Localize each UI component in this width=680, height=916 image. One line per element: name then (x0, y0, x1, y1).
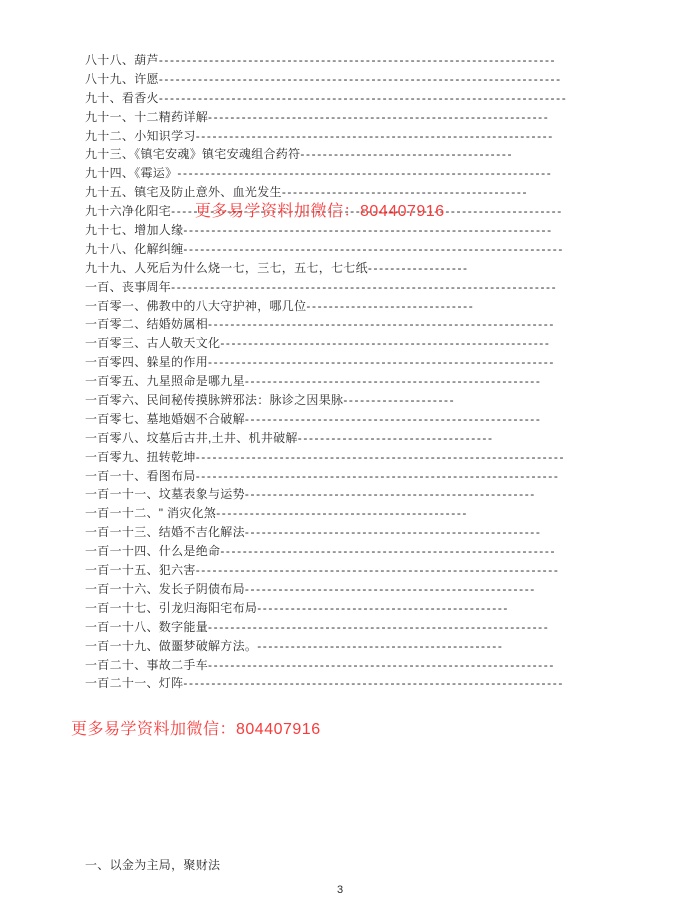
toc-item-title: 一百、丧事周年 (85, 280, 171, 294)
toc-item-title: 一百零三、古人敬天文化 (85, 336, 220, 350)
toc-item-title: 一百零一、佛教中的八大守护神，哪几位 (85, 299, 306, 313)
toc-item: 一百一十二、" 消灾化煞----------------------------… (85, 504, 590, 523)
toc-item-leader-dashes: ----------------------------------- (298, 431, 494, 445)
toc-item-title: 一百一十八、数字能量 (85, 620, 208, 634)
toc-item-title: 一百一十三、结婚不吉化解法 (85, 525, 245, 539)
toc-item-title: 一百一十四、什么是绝命 (85, 544, 220, 558)
toc-item-title: 九十四、《霉运》 (85, 166, 177, 180)
toc-item-leader-dashes: ----------------------------------------… (159, 53, 556, 67)
toc-item-leader-dashes: ----------------------------------------… (208, 317, 555, 331)
document-page: 八十八、葫芦----------------------------------… (0, 0, 680, 916)
toc-item-leader-dashes: ----------------------------------------… (282, 185, 528, 199)
toc-item: 一百零三、古人敬天文化-----------------------------… (85, 334, 590, 353)
toc-item-title: 一百零八、坟墓后古井,土井、机井破解 (85, 431, 298, 445)
toc-item-leader-dashes: ----------------------------------------… (208, 620, 549, 634)
toc-item-leader-dashes: ----------------------------------------… (183, 676, 564, 690)
toc-item-leader-dashes: ----------------------------------------… (208, 110, 549, 124)
page-number: 3 (0, 884, 680, 896)
toc-item-title: 一百零七、墓地婚姻不合破解 (85, 412, 245, 426)
toc-item-title: 九十二、小知识学习 (85, 129, 196, 143)
toc-item-leader-dashes: ----------------------------------------… (196, 129, 554, 143)
toc-item: 九十五、镇宅及防止意外、血光发生------------------------… (85, 183, 590, 202)
toc-item-leader-dashes: -------------------------------------- (300, 147, 513, 161)
promo-wechat-line: 更多易学资料加微信：804407916 (71, 720, 321, 740)
toc-item-leader-dashes: ----------------------------------------… (183, 223, 552, 237)
toc-item-leader-dashes: ----------------------------------------… (245, 374, 542, 388)
toc-item-title: 一百零六、民间秘传摸脉辨邪法：脉诊之因果脉 (85, 393, 343, 407)
toc-item-title: 一百一十六、发长子阴债布局 (85, 582, 245, 596)
toc-item-leader-dashes: ------------------ (368, 261, 469, 275)
toc-item-leader-dashes: ----------------------------------------… (257, 639, 503, 653)
toc-item-leader-dashes: ----------------------------------------… (245, 582, 536, 596)
toc-item: 九十、看香火----------------------------------… (85, 89, 590, 108)
toc-item-leader-dashes: ----------------------------------------… (245, 487, 536, 501)
toc-item: 一百二十、事故二手车------------------------------… (85, 656, 590, 675)
toc-item-title: 一百零四、躲星的作用 (85, 355, 208, 369)
toc-item-title: 一百一十二、" 消灾化煞 (85, 506, 216, 520)
toc-item: 八十八、葫芦----------------------------------… (85, 51, 590, 70)
toc-item: 一百零七、墓地婚姻不合破解---------------------------… (85, 410, 590, 429)
toc-item: 一百一十三、结婚不吉化解法---------------------------… (85, 523, 590, 542)
toc-item-leader-dashes: ----------------------------------------… (196, 563, 560, 577)
toc-item: 一百零一、佛教中的八大守护神，哪几位----------------------… (85, 297, 590, 316)
toc-item-title: 九十九、人死后为什么烧一七，三七，五七，七七纸 (85, 261, 368, 275)
table-of-contents: 八十八、葫芦----------------------------------… (85, 51, 590, 693)
toc-item: 九十八、化解纠缠--------------------------------… (85, 240, 590, 259)
toc-item-leader-dashes: ----------------------------------------… (257, 601, 509, 615)
toc-item-leader-dashes: ----------------------------------------… (171, 280, 557, 294)
toc-item: 一百二十一、灯阵--------------------------------… (85, 674, 590, 693)
toc-item-title: 一百一十七、引龙归海阳宅布局 (85, 601, 257, 615)
toc-item: 一百零六、民间秘传摸脉辨邪法：脉诊之因果脉-------------------… (85, 391, 590, 410)
toc-item: 九十二、小知识学习-------------------------------… (85, 127, 590, 146)
toc-item-title: 一百零九、扭转乾坤 (85, 450, 196, 464)
toc-item: 一百一十八、数字能量------------------------------… (85, 618, 590, 637)
toc-item-leader-dashes: ----------------------------------------… (220, 336, 550, 350)
toc-item-leader-dashes: ----------------------------------------… (177, 166, 552, 180)
toc-item-title: 一百零二、结婚妨属相 (85, 317, 208, 331)
toc-item-title: 八十九、许愿 (85, 72, 159, 86)
toc-item-leader-dashes: ----------------------------------------… (245, 525, 542, 539)
toc-item-title: 八十八、葫芦 (85, 53, 159, 67)
toc-item: 九十四、《霉运》--------------------------------… (85, 164, 590, 183)
toc-item: 九十九、人死后为什么烧一七，三七，五七，七七纸-----------------… (85, 259, 590, 278)
toc-item: 一百一十九、做噩梦破解方法。--------------------------… (85, 637, 590, 656)
toc-item-title: 一百一十九、做噩梦破解方法。 (85, 639, 257, 653)
toc-item: 一百一十、看图布局-------------------------------… (85, 467, 590, 486)
toc-item: 一百一十六、发长子阴债布局---------------------------… (85, 580, 590, 599)
toc-item: 九十三、《镇宅安魂》镇宅安魂组合药符----------------------… (85, 145, 590, 164)
toc-item-title: 九十八、化解纠缠 (85, 242, 183, 256)
toc-item-leader-dashes: ----------------------------------------… (159, 72, 562, 86)
toc-item: 一百一十七、引龙归海阳宅布局--------------------------… (85, 599, 590, 618)
toc-item-leader-dashes: ----------------------------------------… (220, 544, 556, 558)
toc-item-title: 一百一十、看图布局 (85, 469, 196, 483)
toc-item-leader-dashes: ----------------------------------------… (216, 506, 468, 520)
toc-item: 一百一十五、犯六害-------------------------------… (85, 561, 590, 580)
toc-item: 一百零四、躲星的作用------------------------------… (85, 353, 590, 372)
promo-watermark-inline: 更多易学资料加微信：804407916 (195, 202, 445, 221)
toc-item: 一百零八、坟墓后古井,土井、机井破解----------------------… (85, 429, 590, 448)
toc-item-title: 九十七、增加人缘 (85, 223, 183, 237)
toc-item: 九十一、十二精药详解------------------------------… (85, 108, 590, 127)
toc-item-title: 九十三、《镇宅安魂》镇宅安魂组合药符 (85, 147, 300, 161)
toc-item-leader-dashes: ----------------------------------------… (245, 412, 542, 426)
toc-item: 一百一十一、坟墓表象与运势---------------------------… (85, 485, 590, 504)
toc-item-title: 九十一、十二精药详解 (85, 110, 208, 124)
toc-item-leader-dashes: ----------------------------------------… (208, 658, 555, 672)
toc-item-title: 一百一十五、犯六害 (85, 563, 196, 577)
toc-item: 九十七、增加人缘--------------------------------… (85, 221, 590, 240)
toc-item-title: 一百一十一、坟墓表象与运势 (85, 487, 245, 501)
toc-item: 一百零二、结婚妨属相------------------------------… (85, 315, 590, 334)
toc-item-title: 一百零五、九星照命是哪九星 (85, 374, 245, 388)
toc-item-title: 九十六净化阳宅 (85, 204, 171, 218)
toc-item-leader-dashes: ----------------------------------------… (196, 469, 560, 483)
toc-item-leader-dashes: ----------------------------------------… (183, 242, 564, 256)
toc-item-leader-dashes: ----------------------------------------… (196, 450, 565, 464)
section-heading: 一、以金为主局，聚财法 (85, 857, 220, 873)
toc-item-title: 九十五、镇宅及防止意外、血光发生 (85, 185, 282, 199)
toc-item: 一百零五、九星照命是哪九星---------------------------… (85, 372, 590, 391)
toc-item: 八十九、许愿----------------------------------… (85, 70, 590, 89)
toc-item: 一百零九、扭转乾坤-------------------------------… (85, 448, 590, 467)
toc-item: 一百、丧事周年---------------------------------… (85, 278, 590, 297)
toc-item-title: 一百二十、事故二手车 (85, 658, 208, 672)
toc-item-leader-dashes: -------------------- (343, 393, 455, 407)
toc-item-leader-dashes: ----------------------------------------… (208, 355, 555, 369)
toc-item: 九十六净化阳宅---------------------------------… (85, 202, 590, 221)
toc-item-title: 一百二十一、灯阵 (85, 676, 183, 690)
toc-item-title: 九十、看香火 (85, 91, 159, 105)
toc-item: 一百一十四、什么是绝命-----------------------------… (85, 542, 590, 561)
toc-item-leader-dashes: ----------------------------------------… (159, 91, 568, 105)
toc-item-leader-dashes: ------------------------------ (306, 299, 474, 313)
